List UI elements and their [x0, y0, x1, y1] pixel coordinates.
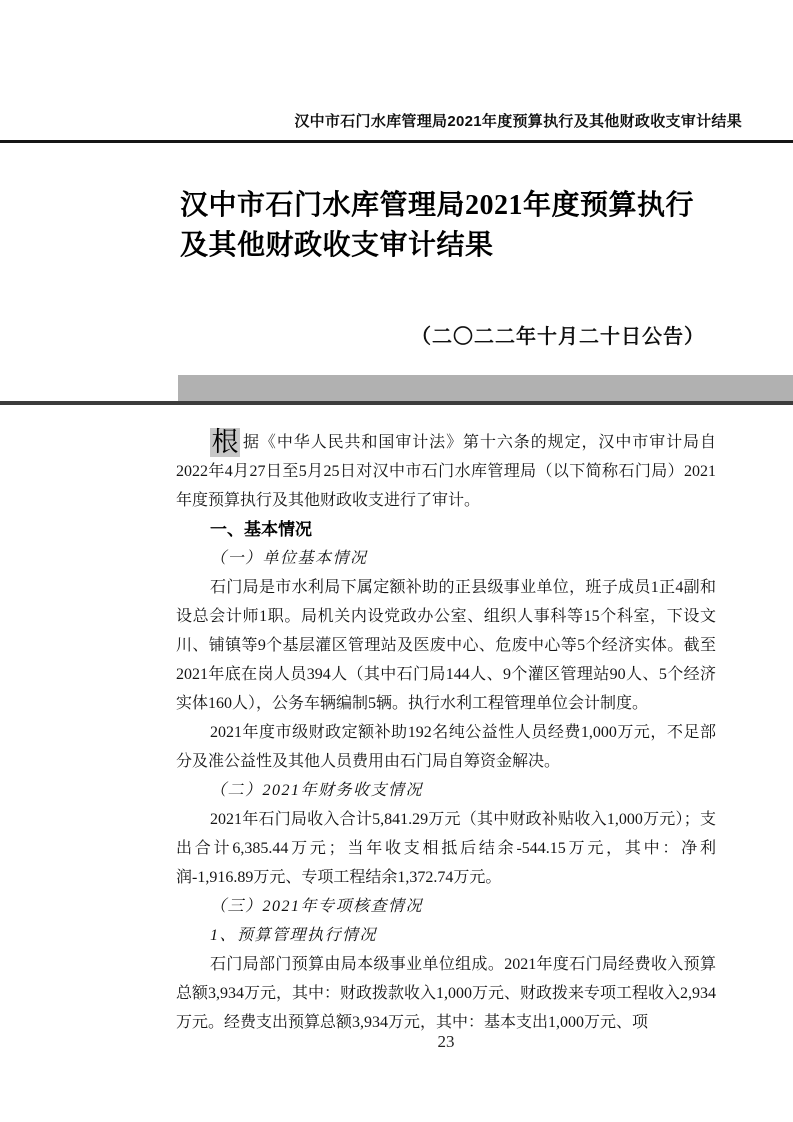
subheading-budget-management-execution: 1、预算管理执行情况	[176, 921, 716, 950]
paragraph-unit-overview: 石门局是市水利局下属定额补助的正县级事业单位，班子成员1正4副和设总会计师1职。…	[176, 573, 716, 718]
announcement-date: （二〇二二年十月二十日公告）	[411, 320, 705, 349]
decorative-gray-bar	[178, 375, 793, 401]
paragraph-financial-figures: 2021年石门局收入合计5,841.29万元（其中财政补贴收入1,000万元）；…	[176, 805, 716, 892]
subheading-unit-basic-situation: （一）单位基本情况	[176, 544, 716, 573]
running-header: 汉中市石门水库管理局2021年度预算执行及其他财政收支审计结果	[294, 110, 742, 131]
document-page: 汉中市石门水库管理局2021年度预算执行及其他财政收支审计结果 汉中市石门水库管…	[0, 0, 793, 1122]
heading-basic-situation: 一、基本情况	[176, 515, 716, 544]
page-number: 23	[176, 1032, 716, 1052]
subheading-2021-financial-revenue-expenditure: （二）2021年财务收支情况	[176, 776, 716, 805]
paragraph-audit-intro: 根据《中华人民共和国审计法》第十六条的规定，汉中市审计局自2022年4月27日至…	[176, 428, 716, 515]
title-line-2: 及其他财政收支审计结果	[180, 226, 694, 266]
title-line-1: 汉中市石门水库管理局2021年度预算执行	[180, 186, 694, 226]
header-rule	[0, 140, 793, 143]
drop-cap: 根	[210, 428, 240, 457]
paragraph-audit-intro-text: 据《中华人民共和国审计法》第十六条的规定，汉中市审计局自2022年4月27日至5…	[176, 434, 716, 509]
paragraph-budget-execution: 石门局部门预算由局本级事业单位组成。2021年度石门局经费收入预算总额3,934…	[176, 950, 716, 1037]
document-title: 汉中市石门水库管理局2021年度预算执行 及其他财政收支审计结果	[180, 186, 694, 266]
section-divider-rule	[0, 401, 793, 405]
paragraph-fiscal-subsidy: 2021年度市级财政定额补助192名纯公益性人员经费1,000万元，不足部分及准…	[176, 718, 716, 776]
body-text-column: 根据《中华人民共和国审计法》第十六条的规定，汉中市审计局自2022年4月27日至…	[176, 428, 716, 1037]
subheading-2021-special-verification: （三）2021年专项核查情况	[176, 892, 716, 921]
